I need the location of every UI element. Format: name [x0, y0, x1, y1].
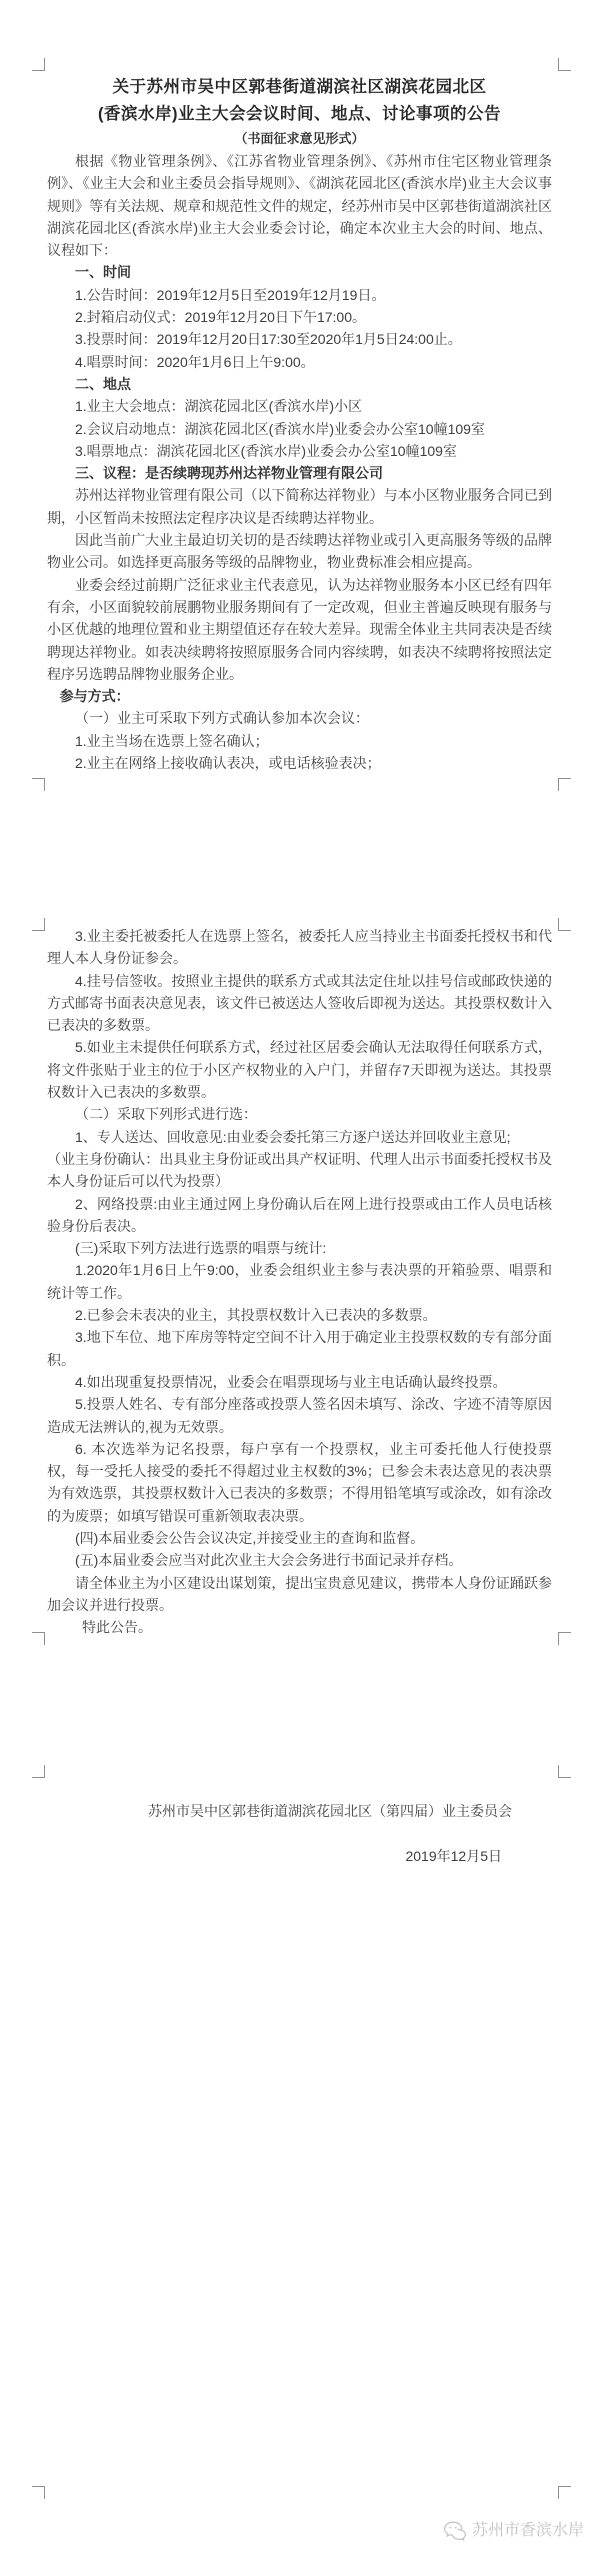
paragraph: （一）业主可采取下列方式确认参加本次会议：: [47, 707, 552, 729]
paragraph: 业委会经过前期广泛征求业主代表意见，认为达祥物业服务本小区已经有四年有余，小区面…: [47, 574, 552, 685]
paragraph: 2.已参会未表决的业主，其投票权数计入已表决的多数票。: [47, 1304, 552, 1326]
paragraph: 5.如业主未提供任何联系方式，经过社区居委会确认无法取得任何联系方式，将文件张贴…: [47, 1036, 552, 1103]
paragraph: 4.唱票时间：2020年1月6日上午9:00。: [47, 351, 552, 373]
paragraph: 2、网络投票:由业主通过网上身份确认后在网上进行投票或由工作人员电话核验身份后表…: [47, 1193, 552, 1238]
paragraph: 2.封箱启动仪式：2019年12月20日下午17:00。: [47, 306, 552, 328]
announcement-document: { "document": { "title_line1": "关于苏州市吴中区…: [0, 0, 604, 2560]
paragraph: 4.挂号信签收。按照业主提供的联系方式或其法定住址以挂号信或邮政快递的方式邮寄书…: [47, 970, 552, 1037]
paragraph: 二、地点: [47, 373, 552, 395]
paragraph: (三)采取下列方法进行选票的唱票与统计:: [47, 1237, 552, 1259]
paragraph: 苏州达祥物业管理有限公司（以下简称达祥物业）与本小区物业服务合同已到期，小区暂尚…: [47, 484, 552, 529]
crop-mark-page2-bottom-left: [32, 1632, 45, 1645]
crop-mark-page1-top-right: [558, 58, 571, 71]
paragraph: （二）采取下列形式进行选：: [47, 1103, 552, 1125]
announcement-date: 2019年12月5日: [47, 1845, 552, 1867]
paragraph: 3.地下车位、地下库房等特定空间不计入用于确定业主投票权数的专有部分面积。: [47, 1326, 552, 1371]
crop-mark-page1-bottom-left: [32, 778, 45, 791]
paragraph: 3.业主委托被委托人在选票上签名，被委托人应当持业主书面委托授权书和代理人本人身…: [47, 925, 552, 970]
announcement-title: 关于苏州市吴中区郭巷街道湖滨社区湖滨花园北区 (香滨水岸)业主大会会议时间、地点…: [47, 74, 552, 128]
wechat-icon: [443, 2521, 467, 2541]
crop-mark-page2-bottom-right: [558, 1632, 571, 1645]
paragraph: 特此公告。: [47, 1616, 552, 1638]
paragraph: 1.业主当场在选票上签名确认；: [47, 730, 552, 752]
page1-body: 根据《物业管理条例》、《江苏省物业管理条例》、《苏州市住宅区物业管理条例》、《业…: [47, 150, 552, 774]
paragraph: 因此当前广大业主最迫切关切的是否续聘达祥物业或引入更高服务等级的品牌物业公司。如…: [47, 529, 552, 574]
paragraph: （业主身份确认：出具业主身份证或出具产权证明、代理人出示书面委托授权书及本人身份…: [47, 1148, 552, 1193]
paragraph: 2.业主在网络上接收确认表决，或电话核验表决；: [47, 752, 552, 774]
paragraph: 根据《物业管理条例》、《江苏省物业管理条例》、《苏州市住宅区物业管理条例》、《业…: [47, 150, 552, 261]
crop-mark-page1-bottom-right: [558, 778, 571, 791]
committee-signature: 苏州市吴中区郭巷街道湖滨花园北区（第四届）业主委员会: [47, 1800, 552, 1822]
title-line-2: (香滨水岸)业主大会会议时间、地点、讨论事项的公告: [47, 101, 552, 128]
crop-mark-page1-top-left: [32, 58, 45, 71]
paragraph: 1.业主大会地点：湖滨花园北区(香滨水岸)小区: [47, 395, 552, 417]
crop-mark-page3-bottom-left: [32, 2486, 45, 2499]
paragraph: 一、时间: [47, 261, 552, 283]
crop-mark-page2-top-left: [32, 918, 45, 931]
crop-mark-page3-top-right: [558, 1765, 571, 1778]
crop-mark-page3-bottom-right: [558, 2486, 571, 2499]
account-watermark: 苏州市香滨水岸: [443, 2519, 584, 2543]
crop-mark-page3-top-left: [32, 1765, 45, 1778]
paragraph: 三、议程：是否续聘现苏州达祥物业管理有限公司: [47, 462, 552, 484]
paragraph: 1.2020年1月6日上午9:00，业委会组织业主参与表决票的开箱验票、唱票和统…: [47, 1259, 552, 1304]
paragraph: 3.投票时间：2019年12月20日17:30至2020年1月5日24:00止。: [47, 328, 552, 350]
crop-mark-page2-top-right: [558, 918, 571, 931]
watermark-label: 苏州市香滨水岸: [472, 2519, 584, 2543]
paragraph: 2.会议启动地点：湖滨花园北区(香滨水岸)业委会办公室10幢109室: [47, 418, 552, 440]
paragraph: 请全体业主为小区建设出谋划策，提出宝贵意见建议，携带本人身份证踊跃参加会议并进行…: [47, 1572, 552, 1617]
paragraph: 3.唱票地点：湖滨花园北区(香滨水岸)业委会办公室10幢109室: [47, 440, 552, 462]
page2-body: 3.业主委托被委托人在选票上签名，被委托人应当持业主书面委托授权书和代理人本人身…: [47, 925, 552, 1639]
paragraph: (四)本届业委会公告会议决定,并接受业主的查询和监督。: [47, 1527, 552, 1549]
paragraph: 1、专人送达、回收意见:由业委会委托第三方逐户送达并回收业主意见;: [47, 1126, 552, 1148]
paragraph: 4.如出现重复投票情况，业委会在唱票现场与业主电话确认最终投票。: [47, 1371, 552, 1393]
paragraph: 1.公告时间：2019年12月5日至2019年12月19日。: [47, 284, 552, 306]
paragraph: 参与方式：: [47, 685, 552, 707]
paragraph: (五)本届业委会应当对此次业主大会会务进行书面记录并存档。: [47, 1549, 552, 1571]
title-line-1: 关于苏州市吴中区郭巷街道湖滨社区湖滨花园北区: [47, 74, 552, 101]
paragraph: 5.投票人姓名、专有部分座落或投票人签名因未填写、涂改、字迹不清等原因造成无法辨…: [47, 1393, 552, 1438]
announcement-subtitle: （书面征求意见形式）: [47, 130, 552, 148]
paragraph: 6. 本次选举为记名投票，每户享有一个投票权，业主可委托他人行使投票权，每一受托…: [47, 1438, 552, 1527]
